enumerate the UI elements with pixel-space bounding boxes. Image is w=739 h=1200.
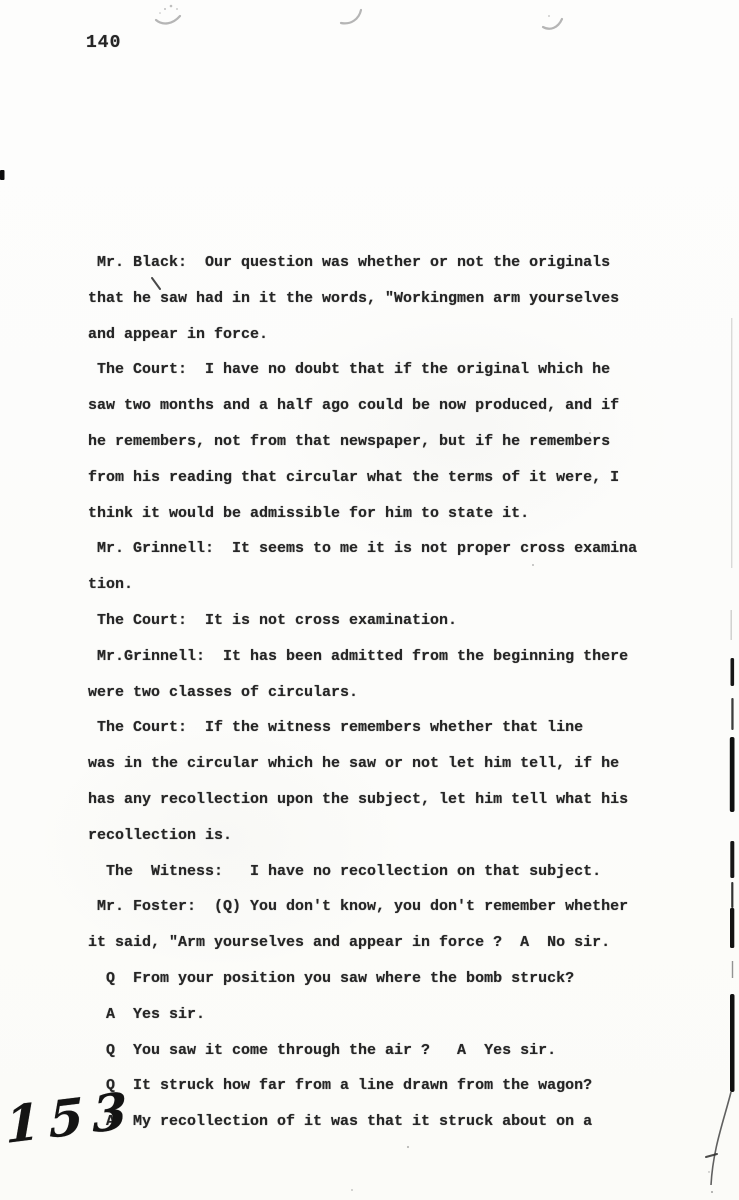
scanned-page: 140 Mr. Black: Our question was whether … <box>0 0 739 1200</box>
transcript-line: recollection is. <box>88 818 728 854</box>
handwritten-page-number: 153 <box>5 1080 136 1155</box>
transcript-line: and appear in force. <box>88 317 728 353</box>
transcript-line: A My recollection of it was that it stru… <box>88 1104 728 1140</box>
transcript: Mr. Black: Our question was whether or n… <box>88 245 728 1140</box>
transcript-line: Q You saw it come through the air ? A Ye… <box>88 1033 728 1069</box>
transcript-line: Mr.Grinnell: It has been admitted from t… <box>88 639 728 675</box>
transcript-line: was in the circular which he saw or not … <box>88 746 728 782</box>
transcript-line: tion. <box>88 567 728 603</box>
ink-speckles <box>159 5 550 17</box>
transcript-line: it said, "Arm yourselves and appear in f… <box>88 925 728 961</box>
page-number: 140 <box>86 33 121 53</box>
transcript-line: The Witness: I have no recollection on t… <box>88 854 728 890</box>
transcript-line: The Court: I have no doubt that if the o… <box>88 352 728 388</box>
transcript-line: The Court: If the witness remembers whet… <box>88 710 728 746</box>
transcript-line: The Court: It is not cross examination. <box>88 603 728 639</box>
transcript-line: think it would be admissible for him to … <box>88 496 728 532</box>
transcript-line: that he saw had in it the words, "Workin… <box>88 281 728 317</box>
transcript-line: Q From your position you saw where the b… <box>88 961 728 997</box>
transcript-line: Mr. Foster: (Q) You don't know, you don'… <box>88 889 728 925</box>
transcript-line: he remembers, not from that newspaper, b… <box>88 424 728 460</box>
transcript-line: Mr. Grinnell: It seems to me it is not p… <box>88 531 728 567</box>
transcript-line: A Yes sir. <box>88 997 728 1033</box>
transcript-line: has any recollection upon the subject, l… <box>88 782 728 818</box>
ink-smudge <box>156 10 562 29</box>
transcript-line: saw two months and a half ago could be n… <box>88 388 728 424</box>
transcript-line: Q It struck how far from a line drawn fr… <box>88 1068 728 1104</box>
transcript-line: were two classes of circulars. <box>88 675 728 711</box>
transcript-line: Mr. Black: Our question was whether or n… <box>88 245 728 281</box>
left-edge-mark <box>0 170 5 180</box>
transcript-line: from his reading that circular what the … <box>88 460 728 496</box>
